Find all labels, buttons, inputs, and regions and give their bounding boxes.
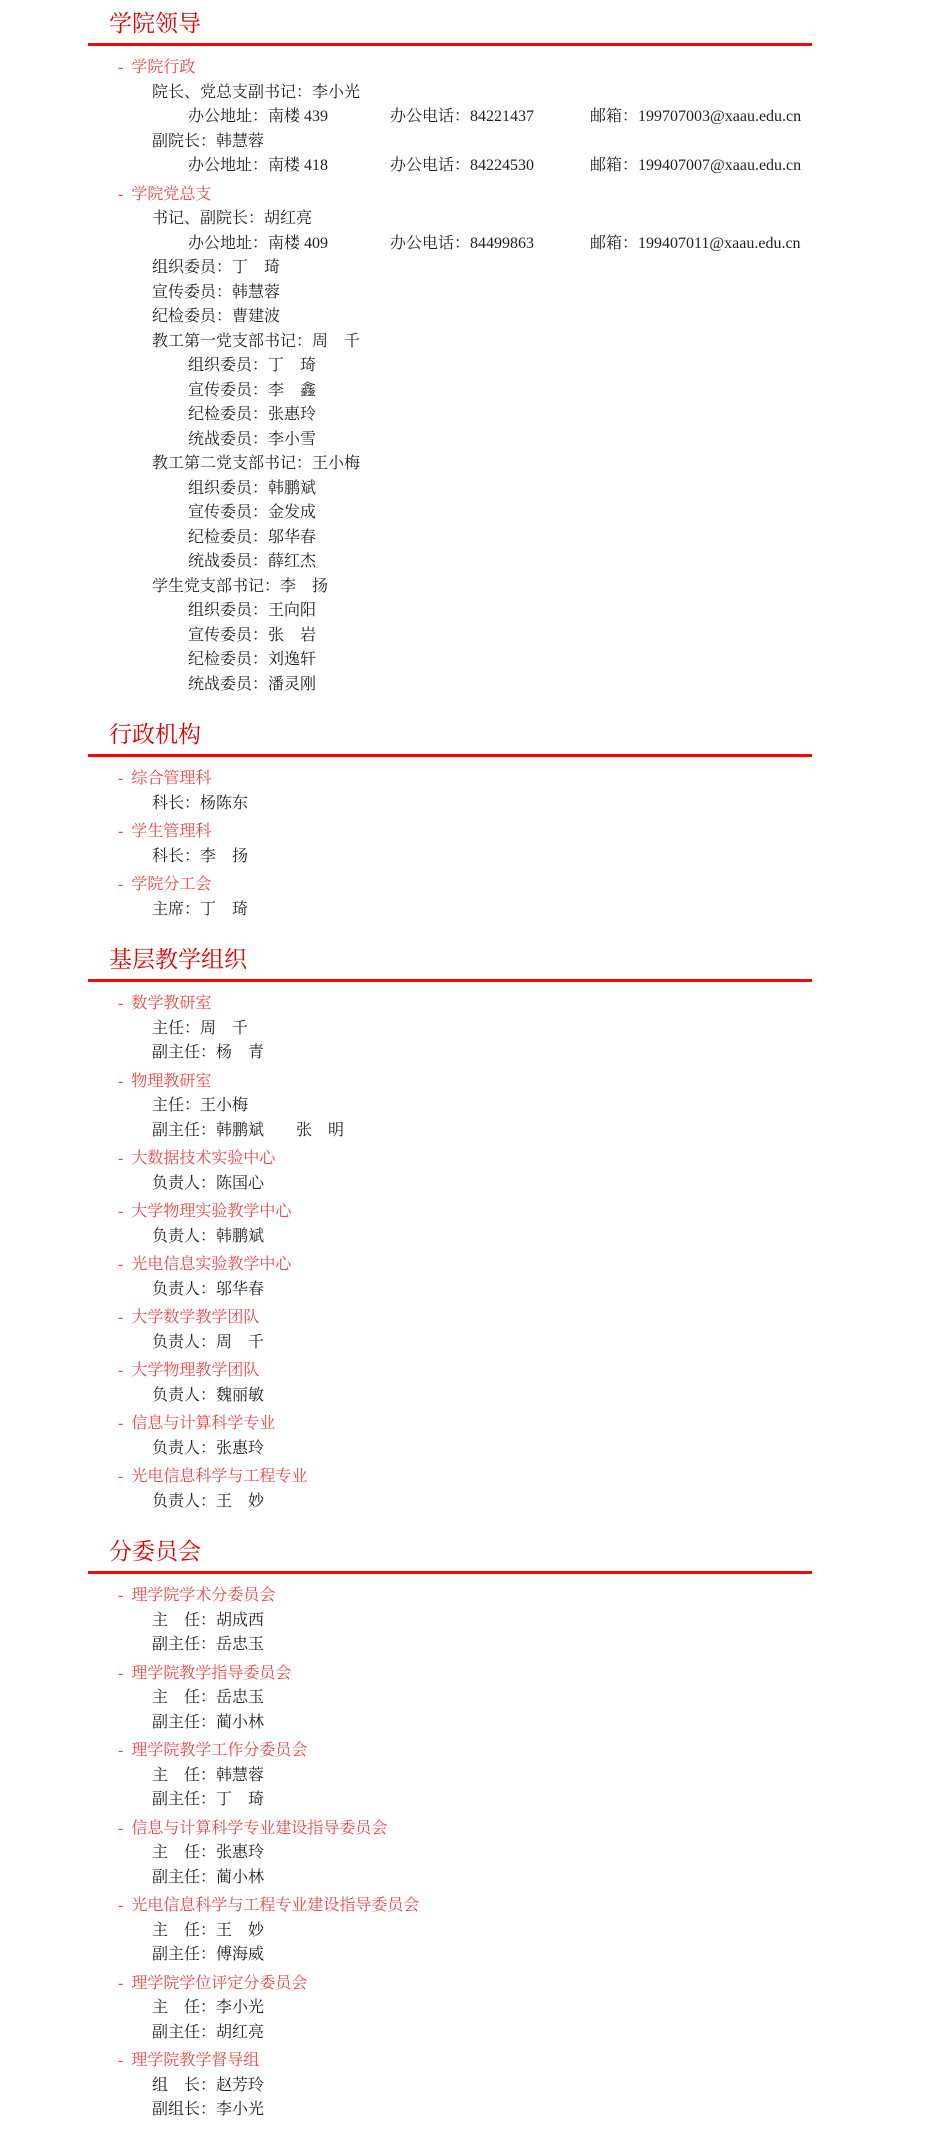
group: -大数据技术实验中心负责人：陈国心 bbox=[88, 1147, 812, 1196]
office-phone: 办公电话：84221437 bbox=[390, 105, 534, 130]
group-heading: -大数据技术实验中心 bbox=[88, 1147, 812, 1172]
dash-bullet-icon: - bbox=[118, 1662, 123, 1687]
group-heading: -理学院学术分委员会 bbox=[88, 1584, 812, 1609]
group-heading: -物理教研室 bbox=[88, 1070, 812, 1095]
entry-line: 副组长：李小光 bbox=[88, 2098, 812, 2123]
group: -大学物理实验教学中心负责人：韩鹏斌 bbox=[88, 1200, 812, 1249]
entry-line: 负责人：王 妙 bbox=[88, 1490, 812, 1515]
office-phone: 办公电话：84499863 bbox=[390, 232, 534, 257]
group-heading: -学院分工会 bbox=[88, 873, 812, 898]
entry-line: 教工第一党支部书记：周 千 bbox=[88, 330, 812, 355]
entry-line: 组 长：赵芳玲 bbox=[88, 2074, 812, 2099]
entry-line: 组织委员：韩鹏斌 bbox=[88, 477, 812, 502]
group-heading: -光电信息科学与工程专业建设指导委员会 bbox=[88, 1894, 812, 1919]
group: -理学院教学工作分委员会主 任：韩慧蓉副主任：丁 琦 bbox=[88, 1739, 812, 1813]
contact-info-line: 办公地址：南楼 418办公电话：84224530邮箱：199407007@xaa… bbox=[88, 154, 812, 179]
entry-line: 主 任：李小光 bbox=[88, 1996, 812, 2021]
group: -数学教研室主任：周 千副主任：杨 青 bbox=[88, 992, 812, 1066]
group: -理学院教学指导委员会主 任：岳忠玉副主任：蔺小林 bbox=[88, 1662, 812, 1736]
group-heading-label: 大学物理教学团队 bbox=[131, 1362, 259, 1379]
dash-bullet-icon: - bbox=[118, 183, 123, 208]
group-heading-label: 综合管理科 bbox=[131, 770, 211, 787]
dash-bullet-icon: - bbox=[118, 1817, 123, 1842]
section-title: 分委员会 bbox=[88, 1538, 812, 1574]
entry-line: 组织委员：丁 琦 bbox=[88, 354, 812, 379]
entry-line: 书记、副院长：胡红亮 bbox=[88, 207, 812, 232]
entry-line: 统战委员：薛红杰 bbox=[88, 550, 812, 575]
group-heading-label: 光电信息科学与工程专业建设指导委员会 bbox=[131, 1897, 419, 1914]
entry-line: 主 任：胡成西 bbox=[88, 1609, 812, 1634]
dash-bullet-icon: - bbox=[118, 1359, 123, 1384]
group: -光电信息实验教学中心负责人：邬华春 bbox=[88, 1253, 812, 1302]
group: -光电信息科学与工程专业负责人：王 妙 bbox=[88, 1465, 812, 1514]
group: -理学院学位评定分委员会主 任：李小光副主任：胡红亮 bbox=[88, 1972, 812, 2046]
sections-root: 学院领导-学院行政院长、党总支副书记：李小光办公地址：南楼 439办公电话：84… bbox=[88, 10, 812, 2123]
group: -大学物理教学团队负责人：魏丽敏 bbox=[88, 1359, 812, 1408]
group: -大学数学教学团队负责人：周 千 bbox=[88, 1306, 812, 1355]
entry-line: 副院长：韩慧蓉 bbox=[88, 130, 812, 155]
group-heading: -大学数学教学团队 bbox=[88, 1306, 812, 1331]
dash-bullet-icon: - bbox=[118, 873, 123, 898]
group-heading: -学生管理科 bbox=[88, 820, 812, 845]
entry-line: 统战委员：潘灵刚 bbox=[88, 673, 812, 698]
entry-line: 负责人：魏丽敏 bbox=[88, 1384, 812, 1409]
section-title: 学院领导 bbox=[88, 10, 812, 46]
dash-bullet-icon: - bbox=[118, 1584, 123, 1609]
group-heading: -信息与计算科学专业 bbox=[88, 1412, 812, 1437]
group: -理学院学术分委员会主 任：胡成西副主任：岳忠玉 bbox=[88, 1584, 812, 1658]
entry-line: 主 任：张惠玲 bbox=[88, 1841, 812, 1866]
group: -学生管理科科长：李 扬 bbox=[88, 820, 812, 869]
dash-bullet-icon: - bbox=[118, 1972, 123, 1997]
entry-line: 宣传委员：李 鑫 bbox=[88, 379, 812, 404]
dash-bullet-icon: - bbox=[118, 820, 123, 845]
group-heading-label: 大学数学教学团队 bbox=[131, 1309, 259, 1326]
group-heading: -大学物理教学团队 bbox=[88, 1359, 812, 1384]
section: 基层教学组织-数学教研室主任：周 千副主任：杨 青-物理教研室主任：王小梅副主任… bbox=[88, 946, 812, 1514]
group-heading: -理学院教学工作分委员会 bbox=[88, 1739, 812, 1764]
entry-line: 负责人：张惠玲 bbox=[88, 1437, 812, 1462]
section: 分委员会-理学院学术分委员会主 任：胡成西副主任：岳忠玉-理学院教学指导委员会主… bbox=[88, 1538, 812, 2123]
office-address: 办公地址：南楼 409 bbox=[188, 235, 328, 252]
entry-line: 宣传委员：韩慧蓉 bbox=[88, 281, 812, 306]
entry-line: 纪检委员：邬华春 bbox=[88, 526, 812, 551]
group-heading-label: 理学院教学指导委员会 bbox=[131, 1665, 291, 1682]
entry-line: 学生党支部书记：李 扬 bbox=[88, 575, 812, 600]
entry-line: 纪检委员：刘逸轩 bbox=[88, 648, 812, 673]
dash-bullet-icon: - bbox=[118, 1253, 123, 1278]
entry-line: 负责人：邬华春 bbox=[88, 1278, 812, 1303]
group-heading-label: 理学院教学工作分委员会 bbox=[131, 1742, 307, 1759]
dash-bullet-icon: - bbox=[118, 1147, 123, 1172]
group-heading-label: 物理教研室 bbox=[131, 1073, 211, 1090]
dash-bullet-icon: - bbox=[118, 1894, 123, 1919]
email-address: 邮箱：199707003@xaau.edu.cn bbox=[590, 105, 801, 130]
entry-line: 副主任：胡红亮 bbox=[88, 2021, 812, 2046]
entry-line: 纪检委员：张惠玲 bbox=[88, 403, 812, 428]
entry-line: 主任：周 千 bbox=[88, 1017, 812, 1042]
section: 行政机构-综合管理科科长：杨陈东-学生管理科科长：李 扬-学院分工会主席：丁 琦 bbox=[88, 721, 812, 922]
entry-line: 科长：李 扬 bbox=[88, 845, 812, 870]
section: 学院领导-学院行政院长、党总支副书记：李小光办公地址：南楼 439办公电话：84… bbox=[88, 10, 812, 697]
group: -学院行政院长、党总支副书记：李小光办公地址：南楼 439办公电话：842214… bbox=[88, 56, 812, 179]
entry-line: 主席：丁 琦 bbox=[88, 898, 812, 923]
group: -理学院教学督导组组 长：赵芳玲副组长：李小光 bbox=[88, 2049, 812, 2123]
dash-bullet-icon: - bbox=[118, 2049, 123, 2074]
email-address: 邮箱：199407007@xaau.edu.cn bbox=[590, 154, 801, 179]
group: -信息与计算科学专业建设指导委员会主 任：张惠玲副主任：蔺小林 bbox=[88, 1817, 812, 1891]
dash-bullet-icon: - bbox=[118, 1739, 123, 1764]
group: -学院分工会主席：丁 琦 bbox=[88, 873, 812, 922]
contact-info-line: 办公地址：南楼 409办公电话：84499863邮箱：199407011@xaa… bbox=[88, 232, 812, 257]
group-heading-label: 光电信息科学与工程专业 bbox=[131, 1468, 307, 1485]
group-heading-label: 大学物理实验教学中心 bbox=[131, 1203, 291, 1220]
entry-line: 副主任：傅海威 bbox=[88, 1943, 812, 1968]
group-heading: -信息与计算科学专业建设指导委员会 bbox=[88, 1817, 812, 1842]
dash-bullet-icon: - bbox=[118, 56, 123, 81]
org-structure-document: 学院领导-学院行政院长、党总支副书记：李小光办公地址：南楼 439办公电话：84… bbox=[0, 0, 930, 2143]
entry-line: 院长、党总支副书记：李小光 bbox=[88, 81, 812, 106]
group-heading-label: 信息与计算科学专业建设指导委员会 bbox=[131, 1820, 387, 1837]
entry-line: 教工第二党支部书记：王小梅 bbox=[88, 452, 812, 477]
entry-line: 主 任：王 妙 bbox=[88, 1919, 812, 1944]
group-heading-label: 理学院学位评定分委员会 bbox=[131, 1975, 307, 1992]
office-phone: 办公电话：84224530 bbox=[390, 154, 534, 179]
group-heading-label: 学院党总支 bbox=[131, 186, 211, 203]
dash-bullet-icon: - bbox=[118, 1465, 123, 1490]
group-heading: -理学院教学指导委员会 bbox=[88, 1662, 812, 1687]
email-address: 邮箱：199407011@xaau.edu.cn bbox=[590, 232, 801, 257]
entry-line: 主 任：韩慧蓉 bbox=[88, 1764, 812, 1789]
entry-line: 负责人：周 千 bbox=[88, 1331, 812, 1356]
dash-bullet-icon: - bbox=[118, 1070, 123, 1095]
entry-line: 宣传委员：张 岩 bbox=[88, 624, 812, 649]
group-heading: -大学物理实验教学中心 bbox=[88, 1200, 812, 1225]
group-heading-label: 学生管理科 bbox=[131, 823, 211, 840]
group: -综合管理科科长：杨陈东 bbox=[88, 767, 812, 816]
section-title: 基层教学组织 bbox=[88, 946, 812, 982]
office-address: 办公地址：南楼 439 bbox=[188, 108, 328, 125]
office-address: 办公地址：南楼 418 bbox=[188, 157, 328, 174]
group-heading: -综合管理科 bbox=[88, 767, 812, 792]
entry-line: 组织委员：王向阳 bbox=[88, 599, 812, 624]
group: -学院党总支书记、副院长：胡红亮办公地址：南楼 409办公电话：84499863… bbox=[88, 183, 812, 698]
entry-line: 副主任：蔺小林 bbox=[88, 1711, 812, 1736]
group-heading-label: 理学院学术分委员会 bbox=[131, 1587, 275, 1604]
entry-line: 负责人：陈国心 bbox=[88, 1172, 812, 1197]
group-heading: -学院行政 bbox=[88, 56, 812, 81]
group-heading-label: 大数据技术实验中心 bbox=[131, 1150, 275, 1167]
dash-bullet-icon: - bbox=[118, 767, 123, 792]
dash-bullet-icon: - bbox=[118, 1412, 123, 1437]
entry-line: 副主任：岳忠玉 bbox=[88, 1633, 812, 1658]
group-heading-label: 信息与计算科学专业 bbox=[131, 1415, 275, 1432]
entry-line: 主任：王小梅 bbox=[88, 1094, 812, 1119]
entry-line: 主 任：岳忠玉 bbox=[88, 1686, 812, 1711]
group-heading: -学院党总支 bbox=[88, 183, 812, 208]
dash-bullet-icon: - bbox=[118, 992, 123, 1017]
group: -信息与计算科学专业负责人：张惠玲 bbox=[88, 1412, 812, 1461]
entry-line: 科长：杨陈东 bbox=[88, 792, 812, 817]
group-heading-label: 理学院教学督导组 bbox=[131, 2052, 259, 2069]
entry-line: 副主任：蔺小林 bbox=[88, 1866, 812, 1891]
dash-bullet-icon: - bbox=[118, 1200, 123, 1225]
entry-line: 宣传委员：金发成 bbox=[88, 501, 812, 526]
entry-line: 副主任：杨 青 bbox=[88, 1041, 812, 1066]
group-heading-label: 学院行政 bbox=[131, 59, 195, 76]
dash-bullet-icon: - bbox=[118, 1306, 123, 1331]
group-heading-label: 数学教研室 bbox=[131, 995, 211, 1012]
group: -物理教研室主任：王小梅副主任：韩鹏斌 张 明 bbox=[88, 1070, 812, 1144]
group-heading: -光电信息实验教学中心 bbox=[88, 1253, 812, 1278]
group-heading: -光电信息科学与工程专业 bbox=[88, 1465, 812, 1490]
entry-line: 统战委员：李小雪 bbox=[88, 428, 812, 453]
group-heading: -理学院学位评定分委员会 bbox=[88, 1972, 812, 1997]
entry-line: 负责人：韩鹏斌 bbox=[88, 1225, 812, 1250]
group-heading-label: 光电信息实验教学中心 bbox=[131, 1256, 291, 1273]
group: -光电信息科学与工程专业建设指导委员会主 任：王 妙副主任：傅海威 bbox=[88, 1894, 812, 1968]
contact-info-line: 办公地址：南楼 439办公电话：84221437邮箱：199707003@xaa… bbox=[88, 105, 812, 130]
section-title: 行政机构 bbox=[88, 721, 812, 757]
group-heading-label: 学院分工会 bbox=[131, 876, 211, 893]
entry-line: 副主任：韩鹏斌 张 明 bbox=[88, 1119, 812, 1144]
entry-line: 纪检委员：曹建波 bbox=[88, 305, 812, 330]
group-heading: -数学教研室 bbox=[88, 992, 812, 1017]
entry-line: 组织委员：丁 琦 bbox=[88, 256, 812, 281]
group-heading: -理学院教学督导组 bbox=[88, 2049, 812, 2074]
entry-line: 副主任：丁 琦 bbox=[88, 1788, 812, 1813]
